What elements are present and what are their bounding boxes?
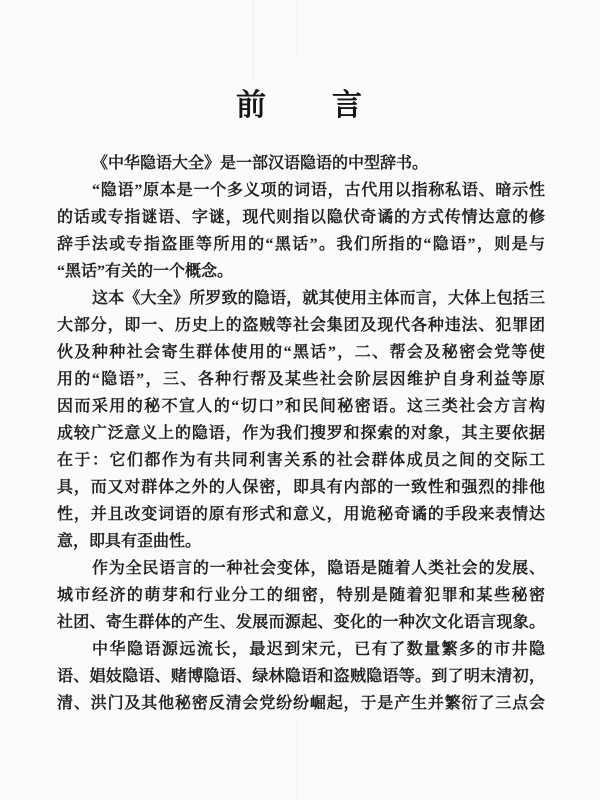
text-line: 作为全民语言的一种社会变体，隐语是随着人类社会的发展、: [57, 555, 545, 582]
scan-artifact: [252, 0, 254, 78]
text-line: 这本《大全》所罗致的隐语，就其使用主体而言，大体上包括三: [57, 285, 545, 312]
text-line: 语、娼妓隐语、赌博隐语、绿林隐语和盗贼隐语等。到了明末清初，: [57, 663, 545, 690]
text-line: 因而采用的秘不宣人的“切口”和民间秘密语。这三类社会方言构: [57, 393, 545, 420]
scan-artifact: [296, 718, 297, 800]
text-line: 伙及种种社会寄生群体使用的“黑话”，二、帮会及秘密会党等使: [57, 339, 545, 366]
preface-body: 《中华隐语大全》是一部汉语隐语的中型辞书。 “隐语”原本是一个多义项的词语，古代…: [57, 150, 545, 717]
text-line: 大部分，即一、历史上的盗贼等社会集团及现代各种违法、犯罪团: [57, 312, 545, 339]
text-line: 用的“隐语”，三、各种行帮及某些社会阶层因维护自身利益等原: [57, 366, 545, 393]
scan-artifact: [296, 0, 297, 60]
text-line: 《中华隐语大全》是一部汉语隐语的中型辞书。: [57, 150, 545, 177]
paragraph: 《中华隐语大全》是一部汉语隐语的中型辞书。: [57, 150, 545, 177]
text-line: “黑话”有关的一个概念。: [57, 258, 545, 285]
paragraph: 这本《大全》所罗致的隐语，就其使用主体而言，大体上包括三 大部分，即一、历史上的…: [57, 285, 545, 555]
text-line: 中华隐语源远流长，最迟到宋元，已有了数量繁多的市井隐: [57, 636, 545, 663]
text-line: 具，而又对群体之外的人保密，即具有内部的一致性和强烈的排他: [57, 474, 545, 501]
text-line: 城市经济的萌芽和行业分工的细密，特别是随着犯罪和某些秘密: [57, 582, 545, 609]
text-line: 性，并且改变词语的原有形式和意义，用诡秘奇谲的手段来表情达: [57, 501, 545, 528]
text-line: 社团、寄生群体的产生、发展而源起、变化的一种次文化语言现象。: [57, 609, 545, 636]
paragraph: 作为全民语言的一种社会变体，隐语是随着人类社会的发展、 城市经济的萌芽和行业分工…: [57, 555, 545, 636]
text-line: 清、洪门及其他秘密反清会党纷纷崛起，于是产生并繁衍了三点会: [57, 690, 545, 717]
text-line: “隐语”原本是一个多义项的词语，古代用以指称私语、暗示性: [57, 177, 545, 204]
text-line: 意，即具有歪曲性。: [57, 528, 545, 555]
text-line: 辞手法或专指盗匪等所用的“黑话”。我们所指的“隐语”，则是与: [57, 231, 545, 258]
page-title: 前 言: [0, 80, 600, 124]
book-page: 前 言 《中华隐语大全》是一部汉语隐语的中型辞书。 “隐语”原本是一个多义项的词…: [0, 0, 600, 800]
paragraph: 中华隐语源远流长，最迟到宋元，已有了数量繁多的市井隐 语、娼妓隐语、赌博隐语、绿…: [57, 636, 545, 717]
text-line: 的话或专指谜语、字谜，现代则指以隐伏奇谲的方式传情达意的修: [57, 204, 545, 231]
text-line: 成较广泛意义上的隐语，作为我们搜罗和探索的对象，其主要依据: [57, 420, 545, 447]
text-line: 在于：它们都作为有共同利害关系的社会群体成员之间的交际工: [57, 447, 545, 474]
paragraph: “隐语”原本是一个多义项的词语，古代用以指称私语、暗示性 的话或专指谜语、字谜，…: [57, 177, 545, 285]
